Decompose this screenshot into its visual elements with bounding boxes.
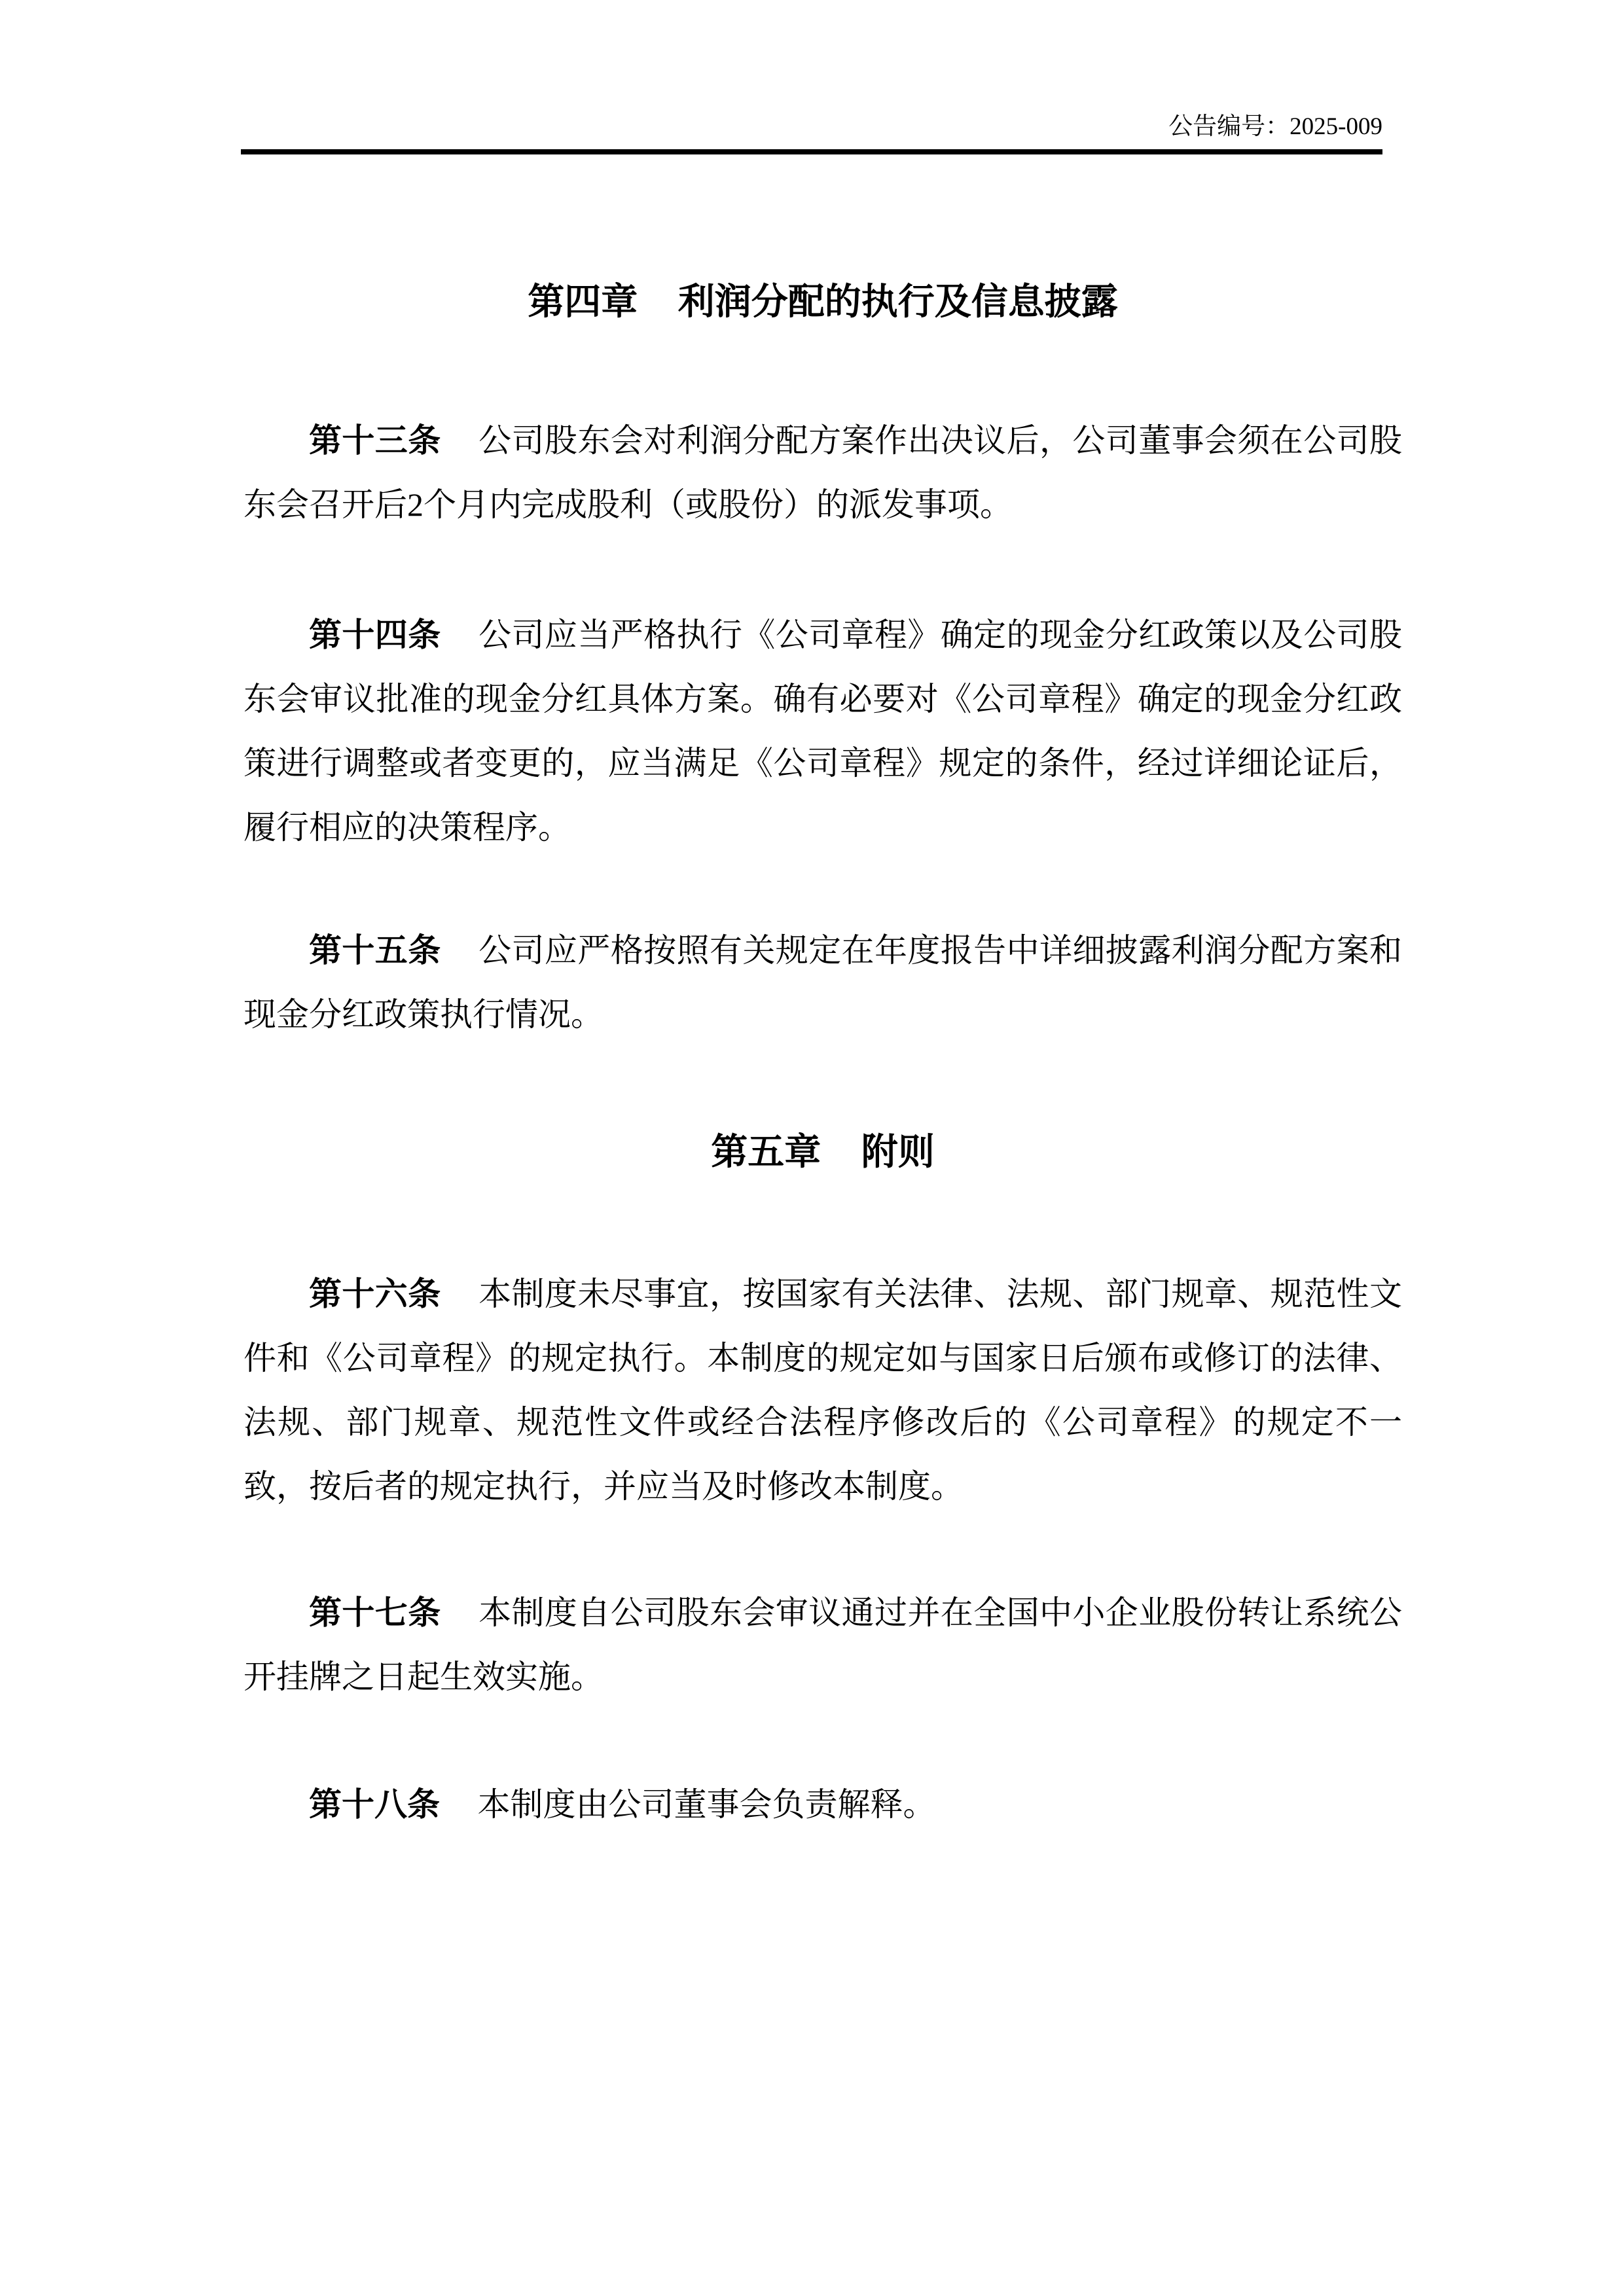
chapter-4-title: 利润分配的执行及信息披露 bbox=[678, 282, 1118, 323]
article-18-label: 第十八条 bbox=[309, 1786, 440, 1823]
chapter-5-title: 附则 bbox=[861, 1132, 935, 1173]
article-16: 第十六条本制度未尽事宜，按国家有关法律、法规、部门规章、规范性文件和《公司章程》… bbox=[244, 1262, 1402, 1518]
article-14-label: 第十四条 bbox=[309, 617, 441, 653]
article-15: 第十五条公司应严格按照有关规定在年度报告中详细披露利润分配方案和现金分红政策执行… bbox=[244, 918, 1402, 1047]
article-17: 第十七条本制度自公司股东会审议通过并在全国中小企业股份转让系统公开挂牌之日起生效… bbox=[244, 1581, 1402, 1709]
article-18: 第十八条本制度由公司董事会负责解释。 bbox=[244, 1772, 1402, 1837]
document-body: 第四章利润分配的执行及信息披露 第十三条公司股东会对利润分配方案作出决议后，公司… bbox=[244, 0, 1402, 1837]
chapter-5-number: 第五章 bbox=[711, 1132, 821, 1173]
article-13-label: 第十三条 bbox=[309, 422, 441, 459]
document-page: 公告编号：2025-009 第四章利润分配的执行及信息披露 第十三条公司股东会对… bbox=[0, 0, 1624, 2296]
article-18-text: 本制度由公司董事会负责解释。 bbox=[478, 1786, 936, 1823]
article-17-label: 第十七条 bbox=[309, 1594, 441, 1631]
article-16-label: 第十六条 bbox=[309, 1276, 441, 1312]
article-13: 第十三条公司股东会对利润分配方案作出决议后，公司董事会须在公司股东会召开后2个月… bbox=[244, 408, 1402, 537]
article-15-label: 第十五条 bbox=[309, 932, 441, 969]
chapter-5-heading: 第五章附则 bbox=[244, 1134, 1402, 1171]
chapter-4-number: 第四章 bbox=[528, 282, 638, 323]
article-14: 第十四条公司应当严格执行《公司章程》确定的现金分红政策以及公司股东会审议批准的现… bbox=[244, 603, 1402, 859]
chapter-4-heading: 第四章利润分配的执行及信息披露 bbox=[244, 284, 1402, 321]
